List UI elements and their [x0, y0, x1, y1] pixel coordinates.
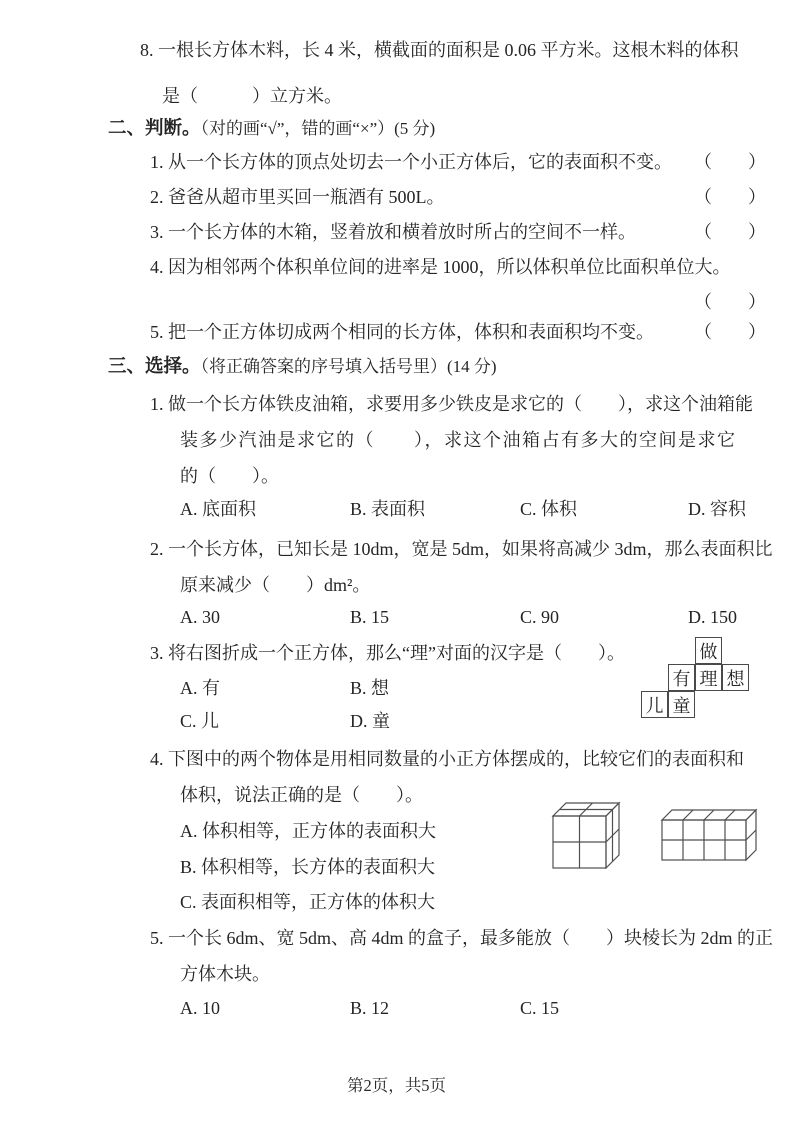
section-judge-title: 二、判断。 — [108, 117, 201, 138]
choice-q1-option-b: B. 表面积 — [350, 497, 425, 521]
section-judge-header: 二、判断。（对的画“√”，错的画“×”）(5 分) — [108, 116, 435, 141]
judge-item-4: 4. 因为相邻两个体积单位间的进率是 1000，所以体积单位比面积单位大。 — [150, 255, 731, 279]
judge-item-4-answer-bracket: （ ） — [150, 290, 766, 314]
test-paper-page: 8. 一根长方体木料，长 4 米，横截面的面积是 0.06 平方米。这根木料的体… — [0, 0, 793, 1122]
choice-q3-option-d: D. 童 — [350, 709, 390, 733]
section-judge-note: （对的画“√”，错的画“×”）(5 分) — [201, 119, 436, 138]
judge-item-3-answer-bracket: （ ） — [694, 220, 766, 244]
net-cell-li: 理 — [695, 664, 722, 691]
choice-q2-line1: 2. 一个长方体，已知长是 10dm，宽是 5dm，如果将高减少 3dm，那么表… — [150, 537, 773, 561]
choice-q2-option-a: A. 30 — [180, 605, 220, 629]
judge-item-5-answer-bracket: （ ） — [694, 320, 766, 344]
choice-q2-options: A. 30 B. 15 C. 90 D. 150 — [180, 605, 770, 629]
choice-q4-line1: 4. 下图中的两个物体是用相同数量的小正方体摆成的，比较它们的表面积和 — [150, 747, 744, 771]
judge-item-2-text: 2. 爸爸从超市里买回一瓶酒有 500L。 — [150, 185, 445, 209]
choice-q5-options: A. 10 B. 12 C. 15 — [180, 996, 770, 1020]
section-choice-note: （将正确答案的序号填入括号里）(14 分) — [201, 357, 497, 376]
judge-item-2: 2. 爸爸从超市里买回一瓶酒有 500L。 （ ） — [150, 185, 766, 209]
q8-line1: 8. 一根长方体木料，长 4 米，横截面的面积是 0.06 平方米。这根木料的体… — [140, 38, 739, 62]
cube-2x2x2-figure — [551, 801, 623, 869]
net-cell-xiang: 想 — [722, 664, 749, 691]
choice-q2-option-c: C. 90 — [520, 605, 559, 629]
choice-q5-option-c: C. 15 — [520, 996, 559, 1020]
choice-q1-option-c: C. 体积 — [520, 497, 577, 521]
judge-item-2-answer-bracket: （ ） — [694, 185, 766, 209]
net-cell-you: 有 — [668, 664, 695, 691]
choice-q5-option-b: B. 12 — [350, 996, 389, 1020]
choice-q5-line1: 5. 一个长 6dm、宽 5dm、高 4dm 的盒子，最多能放（ ）块棱长为 2… — [150, 926, 773, 950]
choice-q2-option-d: D. 150 — [688, 605, 737, 629]
net-cell-er: 儿 — [641, 691, 668, 718]
net-cell-tong: 童 — [668, 691, 695, 718]
choice-q3-option-b: B. 想 — [350, 676, 389, 700]
choice-q2-line2: 原来减少（ ）dm²。 — [180, 573, 370, 597]
net-cell-zuo: 做 — [695, 637, 722, 664]
choice-q1-line2: 装多少汽油是求它的（ ），求这个油箱占有多大的空间是求它 — [180, 428, 737, 452]
choice-q4-line2: 体积，说法正确的是（ ）。 — [180, 783, 423, 807]
choice-q1-line1: 1. 做一个长方体铁皮油箱，求要用多少铁皮是求它的（ ），求这个油箱能 — [150, 392, 753, 416]
judge-item-1-answer-bracket: （ ） — [694, 150, 766, 174]
choice-q1-option-a: A. 底面积 — [180, 497, 256, 521]
page-number: 第2页，共5页 — [0, 1072, 793, 1096]
choice-q1-line3: 的（ ）。 — [180, 464, 279, 488]
choice-q1-options: A. 底面积 B. 表面积 C. 体积 D. 容积 — [180, 497, 770, 521]
judge-item-3-text: 3. 一个长方体的木箱，竖着放和横着放时所占的空间不一样。 — [150, 220, 636, 244]
choice-q4-option-c: C. 表面积相等，正方体的体积大 — [180, 890, 435, 914]
choice-q3-option-a: A. 有 — [180, 676, 220, 700]
judge-item-1-text: 1. 从一个长方体的顶点处切去一个小正方体后，它的表面积不变。 — [150, 150, 672, 174]
judge-item-3: 3. 一个长方体的木箱，竖着放和横着放时所占的空间不一样。 （ ） — [150, 220, 766, 244]
choice-q3-line1: 3. 将右图折成一个正方体，那么“理”对面的汉字是（ ）。 — [150, 641, 625, 665]
cuboid-4x2x1-figure — [660, 808, 762, 866]
choice-q4-option-b: B. 体积相等，长方体的表面积大 — [180, 855, 435, 879]
judge-item-5-text: 5. 把一个正方体切成两个相同的长方体，体积和表面积均不变。 — [150, 320, 654, 344]
cube-net-figure: 做 有 理 想 儿 童 — [641, 637, 751, 719]
choice-q5-line2: 方体木块。 — [180, 962, 270, 986]
choice-q1-option-d: D. 容积 — [688, 497, 746, 521]
q8-line2: 是（ ）立方米。 — [162, 84, 342, 108]
choice-q5-option-a: A. 10 — [180, 996, 220, 1020]
choice-q3-option-c: C. 儿 — [180, 709, 219, 733]
judge-item-5: 5. 把一个正方体切成两个相同的长方体，体积和表面积均不变。 （ ） — [150, 320, 766, 344]
choice-q2-option-b: B. 15 — [350, 605, 389, 629]
judge-item-1: 1. 从一个长方体的顶点处切去一个小正方体后，它的表面积不变。 （ ） — [150, 150, 766, 174]
choice-q4-option-a: A. 体积相等，正方体的表面积大 — [180, 819, 436, 843]
section-choice-header: 三、选择。（将正确答案的序号填入括号里）(14 分) — [108, 354, 497, 379]
section-choice-title: 三、选择。 — [108, 355, 201, 376]
